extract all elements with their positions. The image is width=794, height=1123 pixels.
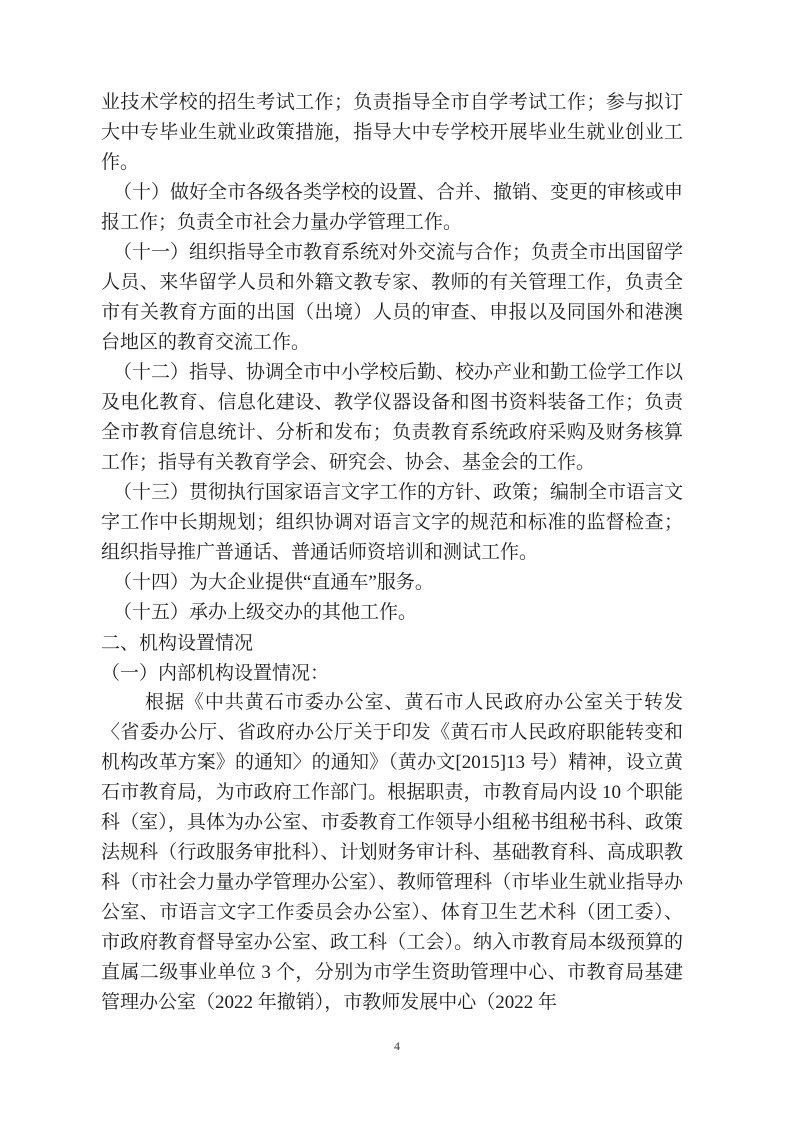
paragraph-item-15: （十五）承办上级交办的其他工作。 — [101, 598, 683, 628]
document-body: 业技术学校的招生考试工作；负责指导全市自学考试工作；参与拟订大中专毕业生就业政策… — [101, 88, 683, 1018]
paragraph-item-13: （十三）贯彻执行国家语言文字工作的方针、政策；编制全市语言文字工作中长期规划；组… — [101, 478, 683, 568]
subsection-heading-internal-structure: （一）内部机构设置情况： — [101, 658, 683, 688]
paragraph-continuation: 业技术学校的招生考试工作；负责指导全市自学考试工作；参与拟订大中专毕业生就业政策… — [101, 88, 683, 178]
page-number: 4 — [0, 1038, 794, 1054]
paragraph-item-10: （十）做好全市各级各类学校的设置、合并、撤销、变更的审核或申报工作；负责全市社会… — [101, 178, 683, 238]
document-page: 业技术学校的招生考试工作；负责指导全市自学考试工作；参与拟订大中专毕业生就业政策… — [0, 0, 794, 1123]
paragraph-internal-structure-detail: 根据《中共黄石市委办公室、黄石市人民政府办公室关于转发〈省委办公厅、省政府办公厅… — [101, 688, 683, 1018]
section-heading-organization: 二、机构设置情况 — [101, 628, 683, 658]
paragraph-item-11: （十一）组织指导全市教育系统对外交流与合作；负责全市出国留学人员、来华留学人员和… — [101, 238, 683, 358]
paragraph-item-14: （十四）为大企业提供“直通车”服务。 — [101, 568, 683, 598]
paragraph-item-12: （十二）指导、协调全市中小学校后勤、校办产业和勤工俭学工作以及电化教育、信息化建… — [101, 358, 683, 478]
